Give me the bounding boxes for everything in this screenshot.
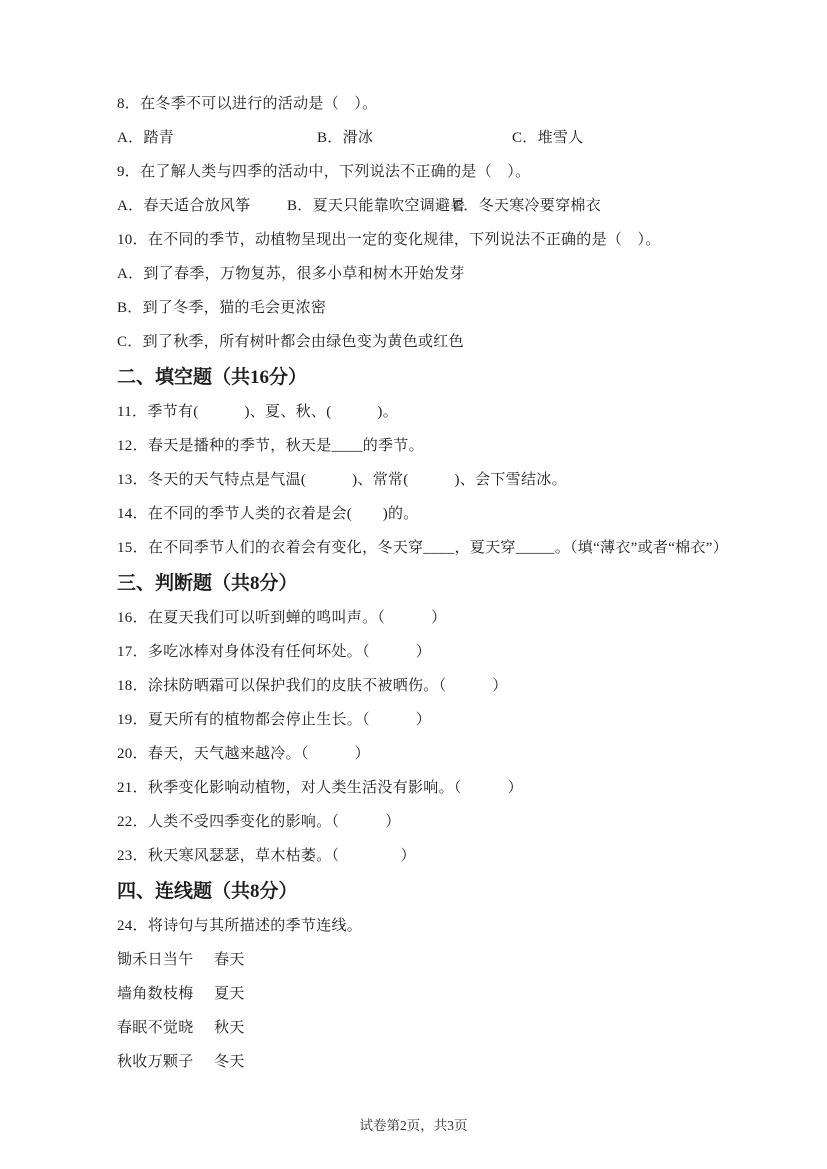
- match-row-4: 秋收万颗子 冬天: [117, 1054, 747, 1070]
- match-season-3: 秋天: [214, 1020, 245, 1036]
- question-14: 14．在不同的季节人类的衣着是会( )的。: [117, 506, 747, 522]
- exam-page: 8．在冬季不可以进行的活动是（ ）。 A．踏青 B．滑冰 C．堆雪人 9．在了解…: [0, 0, 827, 1169]
- match-poem-1: 锄禾日当午: [117, 952, 210, 968]
- question-9-option-c: C．冬天寒冷要穿棉衣: [453, 198, 601, 214]
- match-row-3: 春眠不觉晓 秋天: [117, 1020, 747, 1036]
- question-23: 23．秋天寒风瑟瑟，草木枯萎。（ ）: [117, 848, 747, 864]
- question-17: 17．多吃冰棒对身体没有任何坏处。（ ）: [117, 644, 747, 660]
- section-fill-blank-heading: 二、填空题（共16分）: [117, 368, 747, 388]
- question-9-stem: 9．在了解人类与四季的活动中，下列说法不正确的是（ ）。: [117, 164, 747, 180]
- question-16: 16．在夏天我们可以听到蝉的鸣叫声。（ ）: [117, 610, 747, 626]
- match-poem-3: 春眠不觉晓: [117, 1020, 210, 1036]
- question-10-option-c: C．到了秋季，所有树叶都会由绿色变为黄色或红色: [117, 334, 747, 350]
- question-11: 11．季节有( )、夏、秋、( )。: [117, 404, 747, 420]
- section-matching-heading: 四、连线题（共8分）: [117, 882, 747, 902]
- question-20: 20．春天，天气越来越冷。（ ）: [117, 746, 747, 762]
- match-poem-4: 秋收万颗子: [117, 1054, 210, 1070]
- question-21: 21．秋季变化影响动植物，对人类生活没有影响。（ ）: [117, 780, 747, 796]
- question-8-option-b: B．滑冰: [317, 130, 512, 146]
- question-18: 18．涂抹防晒霜可以保护我们的皮肤不被晒伤。（ ）: [117, 678, 747, 694]
- question-8-stem: 8．在冬季不可以进行的活动是（ ）。: [117, 96, 747, 112]
- match-row-2: 墙角数枝梅 夏天: [117, 986, 747, 1002]
- match-season-4: 冬天: [214, 1054, 245, 1070]
- question-8-options: A．踏青 B．滑冰 C．堆雪人: [117, 130, 747, 146]
- question-13: 13．冬天的天气特点是气温( )、常常( )、会下雪结冰。: [117, 472, 747, 488]
- match-season-2: 夏天: [214, 986, 245, 1002]
- match-poem-2: 墙角数枝梅: [117, 986, 210, 1002]
- question-24-intro: 24．将诗句与其所描述的季节连线。: [117, 918, 747, 934]
- question-8-option-a: A．踏青: [117, 130, 317, 146]
- page-content: 8．在冬季不可以进行的活动是（ ）。 A．踏青 B．滑冰 C．堆雪人 9．在了解…: [117, 96, 747, 1088]
- question-10-option-b: B．到了冬季，猫的毛会更浓密: [117, 300, 747, 316]
- match-row-1: 锄禾日当午 春天: [117, 952, 747, 968]
- section-true-false-heading: 三、判断题（共8分）: [117, 574, 747, 594]
- question-19: 19．夏天所有的植物都会停止生长。（ ）: [117, 712, 747, 728]
- match-season-1: 春天: [214, 952, 245, 968]
- question-8-option-c: C．堆雪人: [512, 130, 584, 146]
- question-9-options: A．春天适合放风筝 B．夏天只能靠吹空调避暑 C．冬天寒冷要穿棉衣: [117, 198, 747, 214]
- question-9-option-a: A．春天适合放风筝: [117, 198, 287, 214]
- question-22: 22．人类不受四季变化的影响。（ ）: [117, 814, 747, 830]
- question-9-option-b: B．夏天只能靠吹空调避暑: [287, 198, 453, 214]
- question-10-stem: 10．在不同的季节，动植物呈现出一定的变化规律，下列说法不正确的是（ ）。: [117, 232, 747, 248]
- question-15: 15．在不同季节人们的衣着会有变化，冬天穿____，夏天穿_____。（填“薄衣…: [117, 540, 747, 556]
- question-12: 12．春天是播种的季节，秋天是____的季节。: [117, 438, 747, 454]
- question-10-option-a: A．到了春季，万物复苏，很多小草和树木开始发芽: [117, 266, 747, 282]
- page-footer: 试卷第2页，共3页: [0, 1114, 827, 1134]
